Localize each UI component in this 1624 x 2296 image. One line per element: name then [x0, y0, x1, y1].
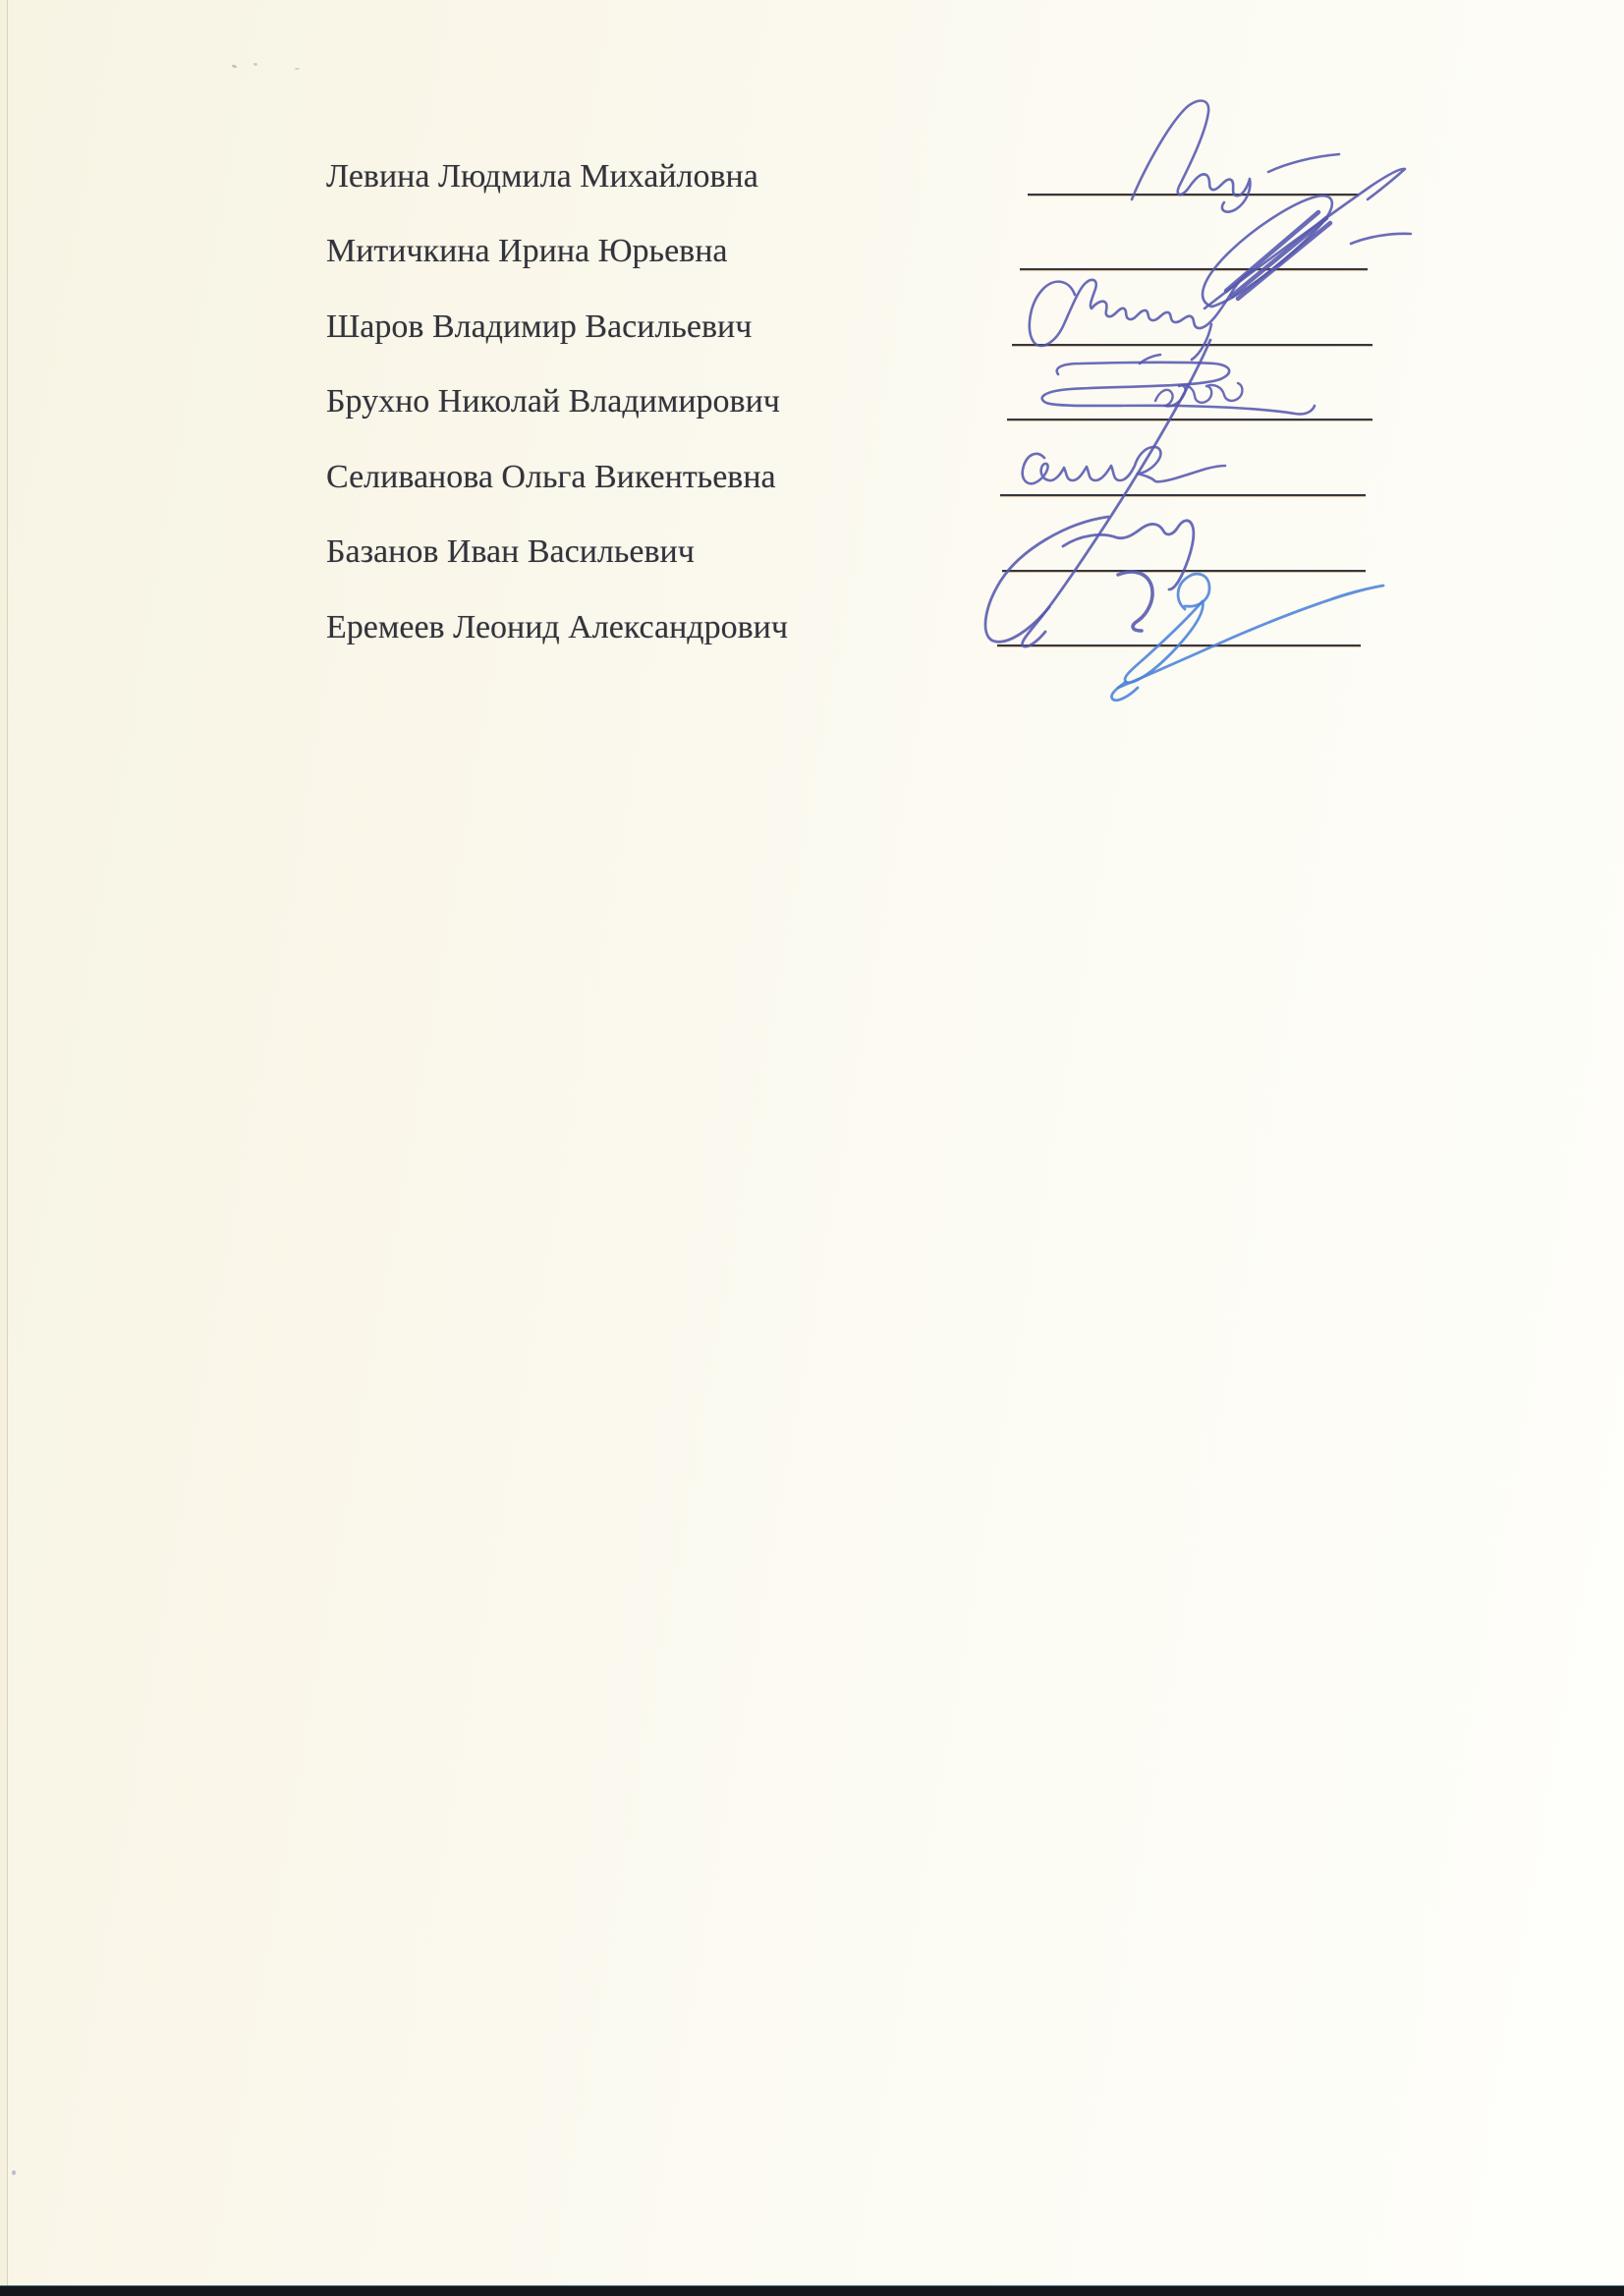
person-name-6: Базанов Иван Васильевич — [326, 535, 695, 569]
signature-line-2 — [1020, 268, 1368, 270]
person-name-5: Селиванова Ольга Викентьевна — [326, 461, 776, 494]
signature-line-6 — [1002, 570, 1366, 572]
signature-ink-5 — [1023, 447, 1225, 483]
signature-ink-4 — [1042, 363, 1315, 415]
scan-speck — [253, 63, 257, 66]
signature-line-1 — [1028, 194, 1359, 196]
person-name-4: Брухно Николай Владимирович — [326, 385, 780, 419]
person-name-3: Шаров Владимир Васильевич — [326, 310, 752, 344]
signature-ink-7 — [1111, 574, 1383, 700]
scan-speck — [12, 2170, 16, 2175]
signature-line-7 — [997, 644, 1361, 646]
signature-ink-2 — [1203, 169, 1411, 308]
ink-overlay — [0, 0, 1624, 2296]
signature-line-3 — [1012, 344, 1372, 346]
signature-line-4 — [1007, 419, 1372, 420]
scanned-page: Левина Людмила Михайловна Митичкина Ирин… — [0, 0, 1624, 2296]
person-name-7: Еремеев Леонид Александрович — [326, 611, 788, 644]
person-name-1: Левина Людмила Михайловна — [326, 160, 758, 194]
scan-bottom-edge — [0, 2286, 1624, 2296]
page-left-edge — [0, 0, 8, 2296]
scan-speck — [232, 64, 238, 69]
scan-speck — [295, 68, 300, 70]
signature-ink-3 — [1030, 271, 1253, 364]
person-name-2: Митичкина Ирина Юрьевна — [326, 235, 728, 268]
signature-line-5 — [1000, 494, 1366, 496]
